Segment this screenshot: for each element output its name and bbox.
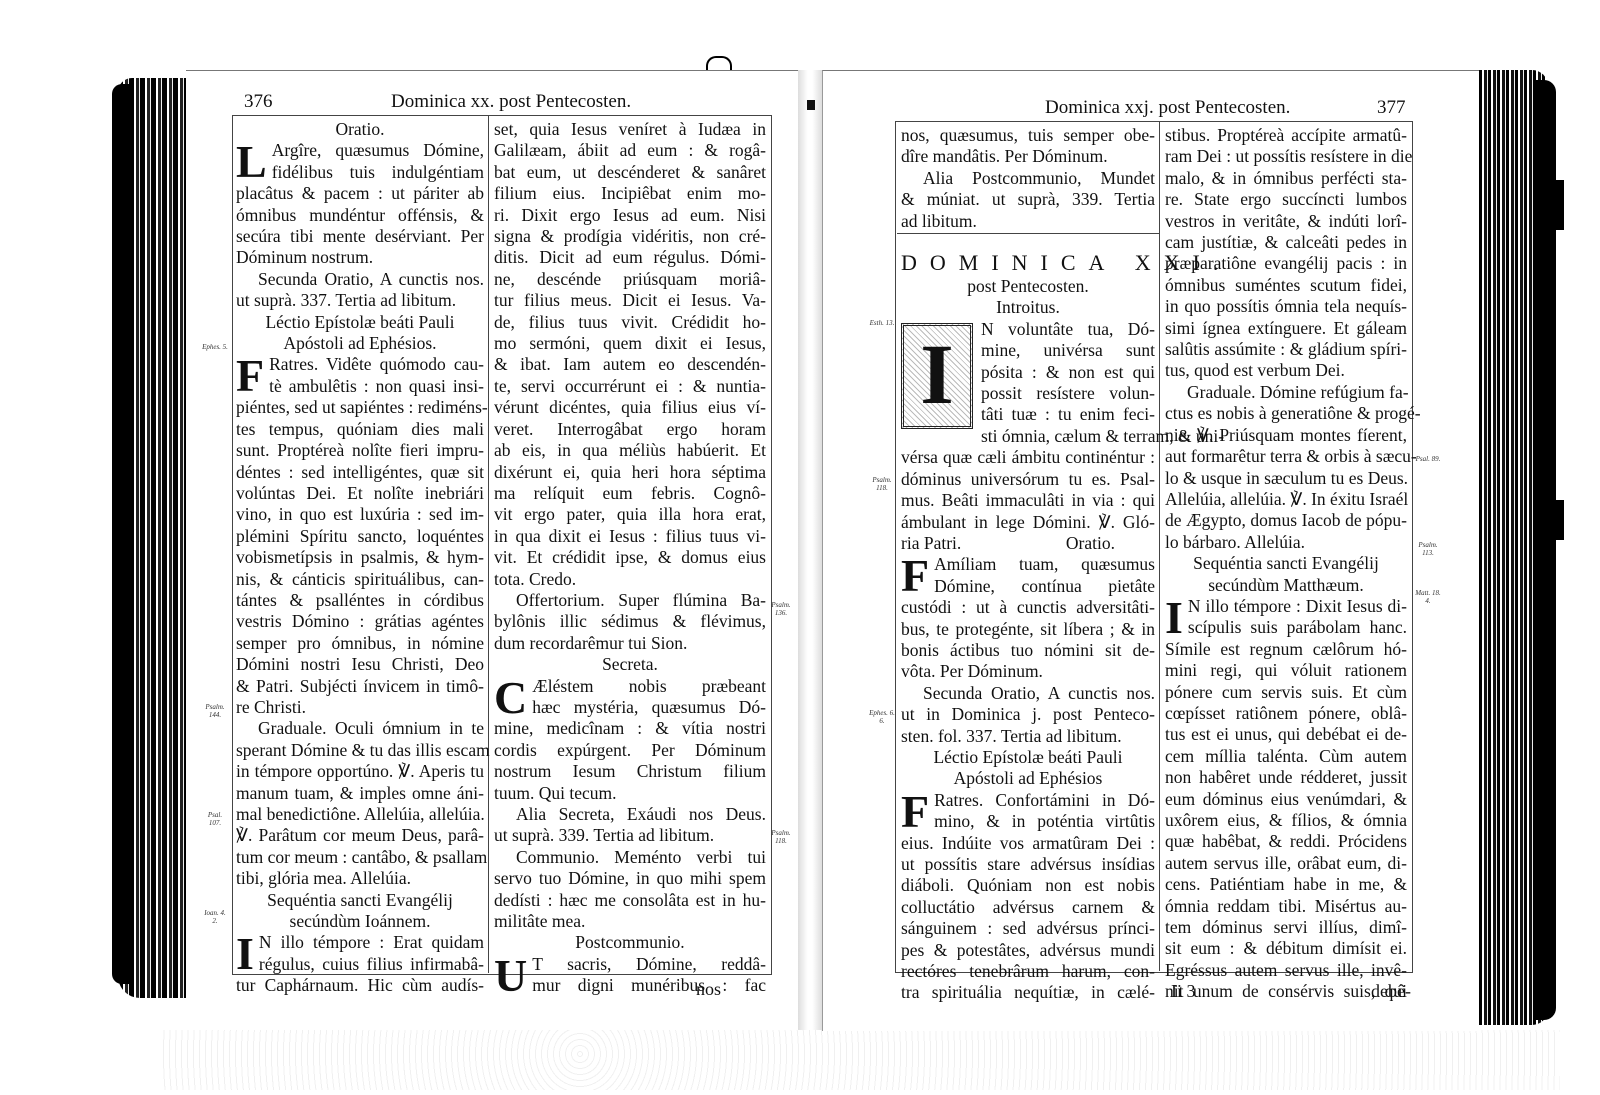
text-line: ut suprà. 339. Tertia ad libitum. bbox=[494, 825, 766, 846]
text-line: rectóres tenebrârum harum, con- bbox=[901, 961, 1155, 982]
section-heading: Secreta. bbox=[494, 654, 766, 675]
text-line: Graduale. Dómine refúgium fa- bbox=[1165, 382, 1407, 403]
text-line: malo, & in ómnibus perfécti sta- bbox=[1165, 168, 1407, 189]
text-line: salûtis assúmite : & gládium spíri- bbox=[1165, 339, 1407, 360]
text-line: sperant Dómine & tu das illis escam bbox=[236, 740, 484, 761]
text-line: bylônis illic sédimus & flévimus, bbox=[494, 611, 766, 632]
text-line: signa & prodígia vidéritis, non cré- bbox=[494, 226, 766, 247]
text-line: nos, quæsumus, tuis semper obe- bbox=[901, 125, 1155, 146]
section-heading: Introitus. bbox=[901, 297, 1155, 318]
text-line: dóminus universórum tu es. Psal- bbox=[901, 469, 1155, 490]
text-line: mus. Beâti immaculâti in via : qui bbox=[901, 490, 1155, 511]
text-line: vestros in veritâte, & indúti lorî- bbox=[1165, 211, 1407, 232]
section-title: DOMINICA XXI. bbox=[901, 250, 1155, 276]
text-line: ut suprà. 337. Tertia ad libitum. bbox=[236, 290, 484, 311]
margin-note: Ioan. 4. 2. bbox=[202, 909, 228, 925]
text-line: tur filius meus. Dicit ei Iesus. Va- bbox=[494, 290, 766, 311]
margin-note: Psalm. 144. bbox=[202, 703, 228, 719]
section-heading: Apóstoli ad Ephésios. bbox=[236, 333, 484, 354]
text-line: eum dóminus eius venúmdari, & bbox=[1165, 789, 1407, 810]
text-line: in qua dixit ei Iesus : filius tuus vi- bbox=[494, 526, 766, 547]
ribbon-tab bbox=[1540, 500, 1564, 540]
column-divider bbox=[488, 115, 489, 973]
text-line: tuum. Qui tecum. bbox=[494, 783, 766, 804]
text-line: nis, & cánticis spirituálibus, can- bbox=[236, 569, 484, 590]
right-column-2: stibus. Proptéreà accípite armatû- ram D… bbox=[1165, 125, 1407, 1003]
text-line: præparatiône evangélij pacis : in bbox=[1165, 253, 1407, 274]
text-line: & múniat. ut suprà, 339. Tertia bbox=[901, 189, 1155, 210]
ornamental-drop-cap: I bbox=[901, 323, 973, 429]
text-line: te, servi occurrérunt ei : & nuntia- bbox=[494, 376, 766, 397]
text-line: dîre mandâtis. Per Dóminum. bbox=[901, 146, 1155, 167]
text-line: ómnibus mundéntur offénsis, & bbox=[236, 205, 484, 226]
margin-note: Psal. 89. bbox=[1415, 455, 1441, 463]
text-line: servo tuo Dómine, in quo mihi spem bbox=[494, 868, 766, 889]
section-heading: Sequéntia sancti Evangélij bbox=[1165, 553, 1407, 574]
text-line: re Christi. bbox=[236, 697, 484, 718]
drop-cap: F bbox=[901, 792, 929, 832]
text-line: ri. Dixit ergo Iesus ad eum. Nisi bbox=[494, 205, 766, 226]
text-line: quæ habêbat, & reddi. Prócidens bbox=[1165, 831, 1407, 852]
section-heading: Oratio. bbox=[236, 119, 484, 140]
text-line: sti ómnia, cælum & terram, & uni- bbox=[901, 426, 1155, 447]
text-line: re. State ergo succíncti lumbos bbox=[1165, 189, 1407, 210]
text-line: cœpísset ratiônem pónere, oblâ- bbox=[1165, 703, 1407, 724]
text-line: Ratres. Confortámini in Dó- bbox=[901, 790, 1155, 811]
text-line: custódi : ut à cunctis adversitâti- bbox=[901, 597, 1155, 618]
text-line: placâtus & pacem : ut páriter ab bbox=[236, 183, 484, 204]
section-heading: secúndùm Matthæum. bbox=[1165, 575, 1407, 596]
page-number: 376 bbox=[244, 91, 273, 113]
text-line: aut formarêtur terra & orbis à sæcu- bbox=[1165, 446, 1407, 467]
text-line: Secunda Oratio, A cunctis nos. bbox=[901, 683, 1155, 704]
text-line: nie. ℣. Priúsquam montes fíerent, bbox=[1165, 425, 1407, 446]
text-line: dixérunt ei, quia heri hora séptima bbox=[494, 462, 766, 483]
text-line: Egréssus autem servus ille, invê- bbox=[1165, 960, 1407, 981]
text-line: piéntes, sed ut sapiéntes : rediméns- bbox=[236, 397, 484, 418]
text-line: sunt. Proptéreà nolîte fieri impru- bbox=[236, 440, 484, 461]
text-line: stibus. Proptéreà accípite armatû- bbox=[1165, 125, 1407, 146]
drop-cap: F bbox=[901, 556, 929, 596]
text-line: Dóminum nostrum. bbox=[236, 247, 484, 268]
margin-note: Psal. 107. bbox=[202, 811, 228, 827]
text-line: ria Patri. bbox=[901, 533, 961, 554]
text-line: sánguinem : sed advérsus prínci- bbox=[901, 918, 1155, 939]
section-heading: Apóstoli ad Ephésios bbox=[901, 768, 1155, 789]
text-line: cam justítiæ, & calceâti pedes in bbox=[1165, 232, 1407, 253]
margin-note: Matt. 18. 4. bbox=[1415, 589, 1441, 605]
text-line: cens. Patiéntiam habe in me, & bbox=[1165, 874, 1407, 895]
running-head: Dominica xxj. post Pentecosten. bbox=[1045, 97, 1290, 119]
right-page: Dominica xxj. post Pentecosten. 377 Esth… bbox=[822, 70, 1479, 1031]
drop-cap: C bbox=[494, 678, 527, 718]
text-line: mo sermóni, quem dixit ei Iesus, bbox=[494, 333, 766, 354]
text-line: vérsa quæ cæli ámbitu continéntur : bbox=[901, 447, 1155, 468]
drop-cap: F bbox=[236, 356, 264, 396]
text-line: ℣. Parâtum cor meum Deus, parâ- bbox=[236, 825, 484, 846]
left-column-1: Oratio. L Argîre, quæsumus Dómine, fidél… bbox=[236, 119, 484, 997]
text-line: vobismetípsis in psalmis, & hym- bbox=[236, 547, 484, 568]
drop-cap: L bbox=[236, 142, 267, 182]
text-line: Argîre, quæsumus Dómine, bbox=[236, 140, 484, 161]
text-line: Æléstem nobis præbeant bbox=[494, 676, 766, 697]
text-line: uxôrem eius, & fílios, & ómnia bbox=[1165, 810, 1407, 831]
book-fore-edge-right bbox=[1478, 70, 1548, 1025]
drop-cap: U bbox=[494, 956, 527, 996]
text-line: Offertorium. Super flúmina Ba- bbox=[494, 590, 766, 611]
text-line: vit. Et crédidit ipse, & domus eius bbox=[494, 547, 766, 568]
margin-note: Ephes. 5. bbox=[202, 343, 228, 351]
right-column-1: nos, quæsumus, tuis semper obe- dîre man… bbox=[901, 125, 1155, 1004]
text-line: manum tuam, & imples omne áni- bbox=[236, 783, 484, 804]
text-line: vestris Dómino : grátias agéntes bbox=[236, 611, 484, 632]
text-line: militâte mea. bbox=[494, 911, 766, 932]
text-line: T sacris, Dómine, reddâ- bbox=[494, 954, 766, 975]
text-line: ómnia reddam tibi. Misértus au- bbox=[1165, 896, 1407, 917]
section-heading: secúndùm Ioánnem. bbox=[236, 911, 484, 932]
text-line: scípulis suis parábolam hanc. bbox=[1165, 617, 1407, 638]
text-line: veret. Interrogâbat ergo horam bbox=[494, 419, 766, 440]
text-line: fidélibus tuis indulgéntiam bbox=[236, 162, 484, 183]
text-line: tum cor meum : cantâbo, & psallam bbox=[236, 847, 484, 868]
text-line: cem míllia talénta. Cùm autem bbox=[1165, 746, 1407, 767]
text-line: bat eum, ut descénderet & sanâret bbox=[494, 162, 766, 183]
catchword: debê- bbox=[1371, 981, 1411, 1002]
text-line: Galilæam, ábiit ad eum : & rogâ- bbox=[494, 140, 766, 161]
text-line: tem dóminus servi illíus, dimî- bbox=[1165, 917, 1407, 938]
text-line: vôta. Per Dóminum. bbox=[901, 661, 1155, 682]
text-line: pes & potestâtes, advérsus mundi bbox=[901, 940, 1155, 961]
text-line: Secunda Oratio, A cunctis nos. bbox=[236, 269, 484, 290]
text-line: in témpore opportúno. ℣. Aperis tu bbox=[236, 761, 484, 782]
text-line: ab eis, in qua méliùs habúerit. Et bbox=[494, 440, 766, 461]
text-line: lo & usque in sæculum tu es Deus. bbox=[1165, 468, 1407, 489]
text-line: N illo témpore : Erat quidam bbox=[236, 932, 484, 953]
text-line: tus est ei unus, qui debébat ei de- bbox=[1165, 724, 1407, 745]
text-line: tántes & psalléntes in córdibus bbox=[236, 590, 484, 611]
text-line: sten. fol. 337. Tertia ad libitum. bbox=[901, 726, 1155, 747]
text-line: ad libitum. bbox=[901, 211, 1155, 232]
text-line: ram Dei : ut possítis resístere in die bbox=[1165, 146, 1407, 167]
text-line: ditis. Dicit ad eum régulus. Dómi- bbox=[494, 247, 766, 268]
text-line: dedísti : hæc me consolâta est in hu- bbox=[494, 890, 766, 911]
text-line: secúra tibi mente desérviant. Per bbox=[236, 226, 484, 247]
catchword: nos bbox=[696, 979, 721, 1000]
text-line: tur Caphárnaum. Hic cùm audís- bbox=[236, 975, 484, 996]
text-line: tus, quod est verbum Dei. bbox=[1165, 360, 1407, 381]
text-line: non habêret unde rédderet, jussit bbox=[1165, 767, 1407, 788]
text-line: cordis expúrgent. Per Dóminum bbox=[494, 740, 766, 761]
text-line: ma relíquit eum febris. Cognô- bbox=[494, 483, 766, 504]
text-line: eius. Indúite vos armatûram Dei : bbox=[901, 833, 1155, 854]
text-line: in quo possítis ómnia tela nequís- bbox=[1165, 296, 1407, 317]
text-line: Graduale. Oculi ómnium in te bbox=[236, 718, 484, 739]
text-line: ut in Dominica j. post Penteco- bbox=[901, 704, 1155, 725]
text-line: simi ígnea extínguere. Et gáleam bbox=[1165, 318, 1407, 339]
text-line: ámbulant in lege Dómini. ℣. Gló- bbox=[901, 512, 1155, 533]
text-line: mino, & in poténtia virtûtis bbox=[901, 811, 1155, 832]
text-line-group: ria Patri. Oratio. bbox=[901, 533, 1155, 554]
left-column-2: set, quia Iesus veníret à Iudæa in Galil… bbox=[494, 119, 766, 997]
text-line: Alia Secreta, Exáudi nos Deus. bbox=[494, 804, 766, 825]
section-heading: Léctio Epístolæ beáti Pauli bbox=[236, 312, 484, 333]
margin-note: Psalm. 118. bbox=[768, 829, 794, 845]
text-line: Allelúia, allelúia. ℣. In éxitu Israél bbox=[1165, 489, 1407, 510]
section-heading: Sequéntia sancti Evangélij bbox=[236, 890, 484, 911]
text-line: bonis áctibus tuo nómini sit de- bbox=[901, 640, 1155, 661]
text-line: vit ergo pater, quia illa hora erat, bbox=[494, 504, 766, 525]
text-line: ómnibus suméntes scutum fidei, bbox=[1165, 275, 1407, 296]
book-fore-edge-left bbox=[118, 78, 188, 998]
text-line: diáboli. Quóniam non est nobis bbox=[901, 875, 1155, 896]
text-line: mini regi, qui vóluit rationem bbox=[1165, 660, 1407, 681]
text-line: mur digni munéribus : fac bbox=[494, 975, 766, 996]
text-line: mine, medicînam : & vítia nostri bbox=[494, 718, 766, 739]
section-heading: Postcommunio. bbox=[494, 932, 766, 953]
drop-cap: I bbox=[1165, 598, 1183, 638]
text-line: plémini Spíritu sancto, loquéntes bbox=[236, 526, 484, 547]
text-line: pónere cum servis suis. Et cùm bbox=[1165, 682, 1407, 703]
text-line: ne, descénde priúsquam moriâ- bbox=[494, 269, 766, 290]
ribbon-tab bbox=[1540, 180, 1564, 230]
text-line: autem servus ille, orâbat eum, di- bbox=[1165, 853, 1407, 874]
text-line: hæc mystéria, quæsumus Dó- bbox=[494, 697, 766, 718]
text-line: ut possítis stare advérsus insídias bbox=[901, 854, 1155, 875]
text-line: Ratres. Vidête quómodo cau- bbox=[236, 354, 484, 375]
page-number: 377 bbox=[1377, 97, 1406, 119]
text-line: Alia Postcommunio, Mundet bbox=[901, 168, 1155, 189]
text-line: déntes : sed intelligéntes, quæ sit bbox=[236, 462, 484, 483]
text-line: & Patri. Subjécti ínvicem in timô- bbox=[236, 676, 484, 697]
section-heading: Léctio Epístolæ beáti Pauli bbox=[901, 747, 1155, 768]
text-line: tes tempus, quóniam dies mali bbox=[236, 419, 484, 440]
text-line: tè ambulêtis : non quasi insi- bbox=[236, 376, 484, 397]
table-speckle-background bbox=[160, 1030, 1560, 1090]
margin-note: Esth. 13. bbox=[869, 319, 895, 327]
section-subtitle: post Pentecosten. bbox=[901, 276, 1155, 297]
text-line: & ibat. Iam autem eo descendén- bbox=[494, 354, 766, 375]
text-line: Símile est regnum cælôrum hó- bbox=[1165, 639, 1407, 660]
margin-note: Psalm. 118. bbox=[869, 476, 895, 492]
margin-note: Psalm. 136. bbox=[768, 601, 794, 617]
text-line: vino, in quo est luxúria : sed im- bbox=[236, 504, 484, 525]
text-line: filium eius. Incipiêbat enim mo- bbox=[494, 183, 766, 204]
text-line: set, quia Iesus veníret à Iudæa in bbox=[494, 119, 766, 140]
book-gutter bbox=[798, 70, 822, 1030]
text-line: Dómini nostri Iesu Christi, Deo bbox=[236, 654, 484, 675]
text-line: ctus es nobis à generatiône & progé- bbox=[1165, 403, 1407, 424]
margin-note: Ephes. 6. 6. bbox=[869, 709, 895, 725]
text-line: sit eum : & débitum dimísit ei. bbox=[1165, 938, 1407, 959]
left-page: 376 Dominica xx. post Pentecosten. Ephes… bbox=[186, 70, 799, 1016]
column-divider bbox=[1159, 121, 1160, 971]
text-line: tra spirituália nequítiæ, in cælé- bbox=[901, 982, 1155, 1003]
text-line: volúntas Dei. Et nolîte inebriári bbox=[236, 483, 484, 504]
text-line: nostrum Iesum Christum filium bbox=[494, 761, 766, 782]
text-line: vérunt dicéntes, quia filius eius ví- bbox=[494, 397, 766, 418]
text-line: dum recordarêmur tui Sion. bbox=[494, 633, 766, 654]
text-line: bus, te protegénte, sit líbera ; & in bbox=[901, 619, 1155, 640]
text-line: Dómine, contínua pietâte bbox=[901, 576, 1155, 597]
text-line: Amíliam tuam, quæsumus bbox=[901, 554, 1155, 575]
text-line: semper pro ómnibus, in nómine bbox=[236, 633, 484, 654]
text-line: colluctátio advérsus carnem & bbox=[901, 897, 1155, 918]
text-line: régulus, cuius filius infirmabâ- bbox=[236, 954, 484, 975]
running-head: Dominica xx. post Pentecosten. bbox=[391, 91, 631, 113]
text-line: Communio. Meménto verbi tui bbox=[494, 847, 766, 868]
text-line: tota. Credo. bbox=[494, 569, 766, 590]
drop-cap: I bbox=[236, 934, 254, 974]
signature-mark: Ii 3 bbox=[1171, 981, 1196, 1002]
section-heading: Oratio. bbox=[1066, 533, 1115, 554]
text-line: mal benedictiône. Allelúia, allelúia. bbox=[236, 804, 484, 825]
text-line: de, filius tuus vivit. Crédidit ho- bbox=[494, 312, 766, 333]
text-line: lo bárbaro. Allelúia. bbox=[1165, 532, 1407, 553]
text-line: N illo témpore : Dixit Iesus di- bbox=[1165, 596, 1407, 617]
text-line: de Ægypto, domus Iacob de pópu- bbox=[1165, 510, 1407, 531]
binding-mark bbox=[807, 100, 815, 110]
margin-note: Psalm. 113. bbox=[1415, 541, 1441, 557]
text-line: tibi, glória mea. Allelúia. bbox=[236, 868, 484, 889]
